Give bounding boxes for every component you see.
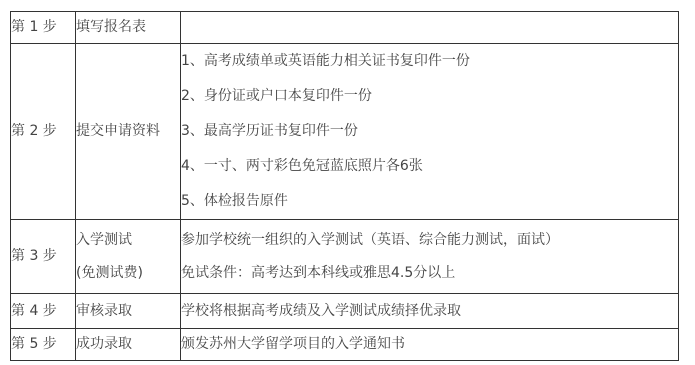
step2-name: 提交申请资料 [76,44,181,220]
table-row-step4: 第 4 步 审核录取 学校将根据高考成绩及入学测试成绩择优录取 [11,294,679,329]
step5-number: 第 5 步 [11,329,76,361]
detail-item: 学校将根据高考成绩及入学测试成绩择优录取 [181,303,678,320]
step-label: 第 3 步 [11,248,75,265]
step1-number: 第 1 步 [11,12,76,44]
step3-name: 入学测试 (免测试费) [76,220,181,294]
table-row-step3: 第 3 步 入学测试 (免测试费) 参加学校统一组织的入学测试（英语、综合能力测… [11,220,679,294]
table-row-step1: 第 1 步 填写报名表 [11,12,679,44]
step1-details [181,12,679,44]
step-name-sublabel: (免测试费) [76,257,180,290]
step4-name: 审核录取 [76,294,181,329]
detail-item: 2、身份证或户口本复印件一份 [181,79,678,114]
step-label: 第 5 步 [11,336,75,353]
step1-name: 填写报名表 [76,12,181,44]
detail-item: 5、体检报告原件 [181,184,678,219]
step2-details: 1、高考成绩单或英语能力相关证书复印件一份 2、身份证或户口本复印件一份 3、最… [181,44,679,220]
step3-details: 参加学校统一组织的入学测试（英语、综合能力测试，面试） 免试条件：高考达到本科线… [181,220,679,294]
step-name-label: 填写报名表 [76,19,180,36]
detail-item: 免试条件：高考达到本科线或雅思4.5分以上 [181,257,678,290]
step-label: 第 1 步 [11,19,75,36]
step2-number: 第 2 步 [11,44,76,220]
application-steps-table: 第 1 步 填写报名表 第 2 步 提交申请资料 1、高考成绩单或英语能力相关证… [10,11,679,361]
step5-details: 颁发苏州大学留学项目的入学通知书 [181,329,679,361]
detail-item: 3、最高学历证书复印件一份 [181,114,678,149]
step-name-label: 审核录取 [76,303,180,320]
detail-item: 颁发苏州大学留学项目的入学通知书 [181,336,678,353]
detail-item: 参加学校统一组织的入学测试（英语、综合能力测试，面试） [181,224,678,257]
step-name-label: 成功录取 [76,336,180,353]
detail-item: 1、高考成绩单或英语能力相关证书复印件一份 [181,44,678,79]
step-label: 第 2 步 [11,123,75,140]
step4-details: 学校将根据高考成绩及入学测试成绩择优录取 [181,294,679,329]
step-name-label: 入学测试 [76,224,180,257]
step4-number: 第 4 步 [11,294,76,329]
step-name-label: 提交申请资料 [76,123,180,140]
step-label: 第 4 步 [11,303,75,320]
step3-number: 第 3 步 [11,220,76,294]
step5-name: 成功录取 [76,329,181,361]
table-row-step5: 第 5 步 成功录取 颁发苏州大学留学项目的入学通知书 [11,329,679,361]
table-row-step2: 第 2 步 提交申请资料 1、高考成绩单或英语能力相关证书复印件一份 2、身份证… [11,44,679,220]
detail-item: 4、一寸、两寸彩色免冠蓝底照片各6张 [181,149,678,184]
